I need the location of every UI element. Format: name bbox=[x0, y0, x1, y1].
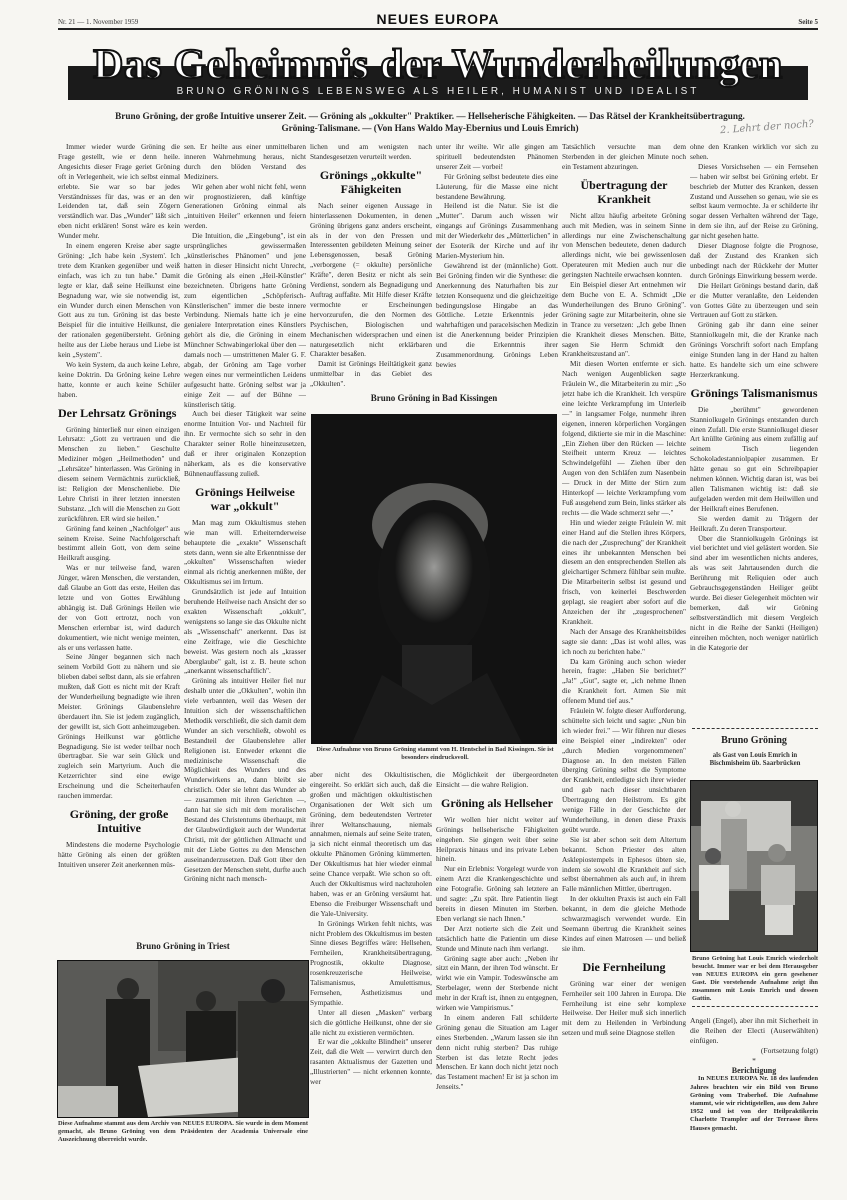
paragraph: Mit diesen Worten entfernte er sich. Nac… bbox=[562, 359, 686, 518]
portrait-caption: Diese Aufnahme von Bruno Gröning stammt … bbox=[313, 746, 557, 762]
paragraph: lichen und am wenigsten nach Standesgese… bbox=[310, 142, 432, 162]
paragraph: Wir wollen hier nicht weiter auf Gröning… bbox=[436, 815, 558, 865]
section-heading: Übertragung der Krankheit bbox=[562, 178, 686, 206]
column-5: Tatsächlich versuchte man dem Sterbenden… bbox=[562, 142, 686, 1142]
paragraph: Die „berühmt" gewordenen Stanniolkugeln … bbox=[690, 405, 818, 514]
trieste-image bbox=[58, 961, 308, 1117]
paragraph: Sie werden damit zu Trägern der Heilkraf… bbox=[690, 514, 818, 534]
paragraph: Er war die „okkulte Blindheit" unserer Z… bbox=[310, 1037, 432, 1087]
column-6-bottom: Angeli (Engel), aber ihn mit Sicherheit … bbox=[690, 1016, 818, 1156]
group-photo-emrich bbox=[690, 780, 818, 952]
paragraph: Seine Jünger begannen sich nach seinem V… bbox=[58, 652, 180, 801]
column-4-top: unter ihr weilte. Wir alle gingen am spi… bbox=[436, 142, 558, 387]
paragraph: Gröning war einer der wenigen Fernheiler… bbox=[562, 979, 686, 1038]
paragraph: Nach seiner eigenen Aussage in hinterlas… bbox=[310, 201, 432, 360]
paragraph: Man mag zum Okkultismus stehen wie man w… bbox=[184, 518, 306, 587]
section-heading: Der Lehrsatz Grönings bbox=[58, 406, 180, 420]
paragraph: Gröning als intuitiver Heiler fiel nur d… bbox=[184, 676, 306, 884]
paragraph: ohne den Kranken wirklich vor sich zu se… bbox=[690, 142, 818, 162]
paragraph: Gröning sagte aber auch: „Neben ihr sitz… bbox=[436, 954, 558, 1013]
section-heading: Gröning als Hellseher bbox=[436, 796, 558, 810]
paragraph: Immer wieder wurde Gröning die Frage ges… bbox=[58, 142, 180, 241]
divider bbox=[692, 1006, 818, 1007]
section-heading: Grönings Talismanismus bbox=[690, 386, 818, 400]
portrait-photo bbox=[311, 414, 557, 744]
section-heading: Grönings Heilweise war „okkult" bbox=[184, 485, 306, 513]
paragraph: Angeli (Engel), aber ihn mit Sicherheit … bbox=[690, 1016, 818, 1046]
divider bbox=[692, 728, 818, 729]
section-heading: Die Fernheilung bbox=[562, 960, 686, 974]
paragraph: Gröning hinterließ nur einen einzigen Le… bbox=[58, 425, 180, 524]
photo-subheading-emrich: als Gast von Louis Emrich in Bischmishei… bbox=[692, 752, 818, 768]
headline-subtitle: BRUNO GRÖNINGS LEBENSWEG ALS HEILER, HUM… bbox=[58, 86, 818, 97]
paragraph: Damit ist Grönings Heiltätigkeit ganz un… bbox=[310, 359, 432, 387]
paragraph: Der Arzt notierte sich die Zeit und tats… bbox=[436, 924, 558, 954]
continued-note: (Fortsetzung folgt) bbox=[690, 1046, 818, 1056]
column-4-bottom: die Möglichkeit der übergeordneten Einsi… bbox=[436, 770, 558, 1190]
column-3-top: lichen und am wenigsten nach Standesgese… bbox=[310, 142, 432, 387]
paragraph: Da kam Gröning auch schon wieder herein,… bbox=[562, 657, 686, 707]
paragraph: Dieser Diagnose folgte die Prognose, daß… bbox=[690, 241, 818, 281]
paragraph: Auch bei dieser Tätigkeit war seine enor… bbox=[184, 409, 306, 478]
group-image bbox=[691, 781, 817, 951]
paragraph: Gewährend ist der (männliche) Gott. Bei … bbox=[436, 261, 558, 370]
photo-heading-trieste: Bruno Gröning in Triest bbox=[58, 941, 308, 951]
paragraph: Für Gröning selbst bedeutete dies eine L… bbox=[436, 172, 558, 202]
paragraph: Tatsächlich versuchte man dem Sterbenden… bbox=[562, 142, 686, 172]
correction-heading: Berichtigung bbox=[690, 1066, 818, 1076]
paragraph: Gröning fand keinen „Nachfolger" aus sei… bbox=[58, 524, 180, 564]
paragraph: Ein Beispiel dieser Art entnehmen wir de… bbox=[562, 280, 686, 359]
paragraph: Wir gehen aber wohl nicht fehl, wenn wir… bbox=[184, 182, 306, 232]
photo-caption-emrich: Bruno Gröning hat Louis Emrich wiederhol… bbox=[692, 955, 818, 1003]
paragraph: Sie ist aber schon seit dem Altertum bek… bbox=[562, 835, 686, 894]
section-heading: Grönings „okkulte" Fähigkeiten bbox=[310, 168, 432, 196]
paragraph: aber nicht des Okkultistischen, eingerei… bbox=[310, 770, 432, 919]
headline-banner: Das Geheimnis der Wunderheilungen BRUNO … bbox=[58, 42, 818, 100]
paragraph: Über die Stanniolkugeln Grönings ist vie… bbox=[690, 534, 818, 653]
paragraph: Die Intuition, die „Eingebung", ist ein … bbox=[184, 231, 306, 409]
paragraph: Wo kein System, da auch keine Lehre, kei… bbox=[58, 360, 180, 400]
paragraph: Nicht allzu häufig arbeitete Gröning auc… bbox=[562, 211, 686, 280]
headline-title: Das Geheimnis der Wunderheilungen bbox=[58, 42, 818, 88]
trieste-photo bbox=[57, 960, 309, 1118]
paragraph: Unter all diesen „Masken" verbarg sich d… bbox=[310, 1008, 432, 1038]
paragraph: unter ihr weilte. Wir alle gingen am spi… bbox=[436, 142, 558, 172]
deck-line-2: Gröning-Talismane. — (Von Hans Waldo May… bbox=[70, 122, 790, 134]
paper-name: NEUES EUROPA bbox=[58, 11, 818, 27]
column-3-bottom: aber nicht des Okkultistischen, eingerei… bbox=[310, 770, 432, 1190]
paragraph: In der okkulten Praxis ist auch ein Fall… bbox=[562, 894, 686, 953]
paragraph: Gröning gab ihr dann eine seiner Stannio… bbox=[690, 320, 818, 379]
paragraph: Dieses Vorsichsehen — ein Fernsehen — ha… bbox=[690, 162, 818, 241]
column-2: sen. Er heilte aus einer unmittelbaren i… bbox=[184, 142, 306, 894]
separator-asterisk: * bbox=[690, 1056, 818, 1066]
photo-heading-bad-kissingen: Bruno Gröning in Bad Kissingen bbox=[310, 393, 558, 403]
paragraph: Nach der Ansage des Krankheitsbildes sag… bbox=[562, 627, 686, 657]
trieste-caption: Diese Aufnahme stammt aus dem Archiv von… bbox=[58, 1120, 308, 1144]
paragraph: Heilend ist die Natur. Sie ist die „Mutt… bbox=[436, 201, 558, 260]
portrait-image bbox=[312, 415, 556, 743]
paragraph: In einem anderen Fall schilderte Gröning… bbox=[436, 1013, 558, 1092]
paragraph: Fräulein W. folgte dieser Aufforderung, … bbox=[562, 706, 686, 835]
masthead-rule bbox=[58, 28, 818, 30]
paragraph: Mindestens die moderne Psychologie hätte… bbox=[58, 840, 180, 870]
paragraph: In einem engeren Kreise aber sagte Gröni… bbox=[58, 241, 180, 360]
paragraph: Grundsätzlich ist jede auf Intuition ber… bbox=[184, 587, 306, 676]
paragraph: Nur ein Erlebnis: Vorgelegt wurde von ei… bbox=[436, 864, 558, 923]
newspaper-page: Nr. 21 — 1. November 1959 NEUES EUROPA S… bbox=[0, 0, 847, 1200]
article-deck: Bruno Gröning, der große Intuitive unser… bbox=[70, 110, 790, 134]
paragraph: sen. Er heilte aus einer unmittelbaren i… bbox=[184, 142, 306, 182]
deck-line-1: Bruno Gröning, der große Intuitive unser… bbox=[70, 110, 790, 122]
paragraph: Hin und wieder zeigte Fräulein W. mit ei… bbox=[562, 518, 686, 627]
page-number: Seite 5 bbox=[798, 18, 818, 26]
section-heading: Gröning, der große Intuitive bbox=[58, 807, 180, 835]
paragraph: Was er nur teilweise fand, waren Jünger,… bbox=[58, 563, 180, 652]
photo-heading-emrich: Bruno Gröning bbox=[690, 735, 818, 746]
paragraph: Die Heilart Grönings bestand darin, daß … bbox=[690, 281, 818, 321]
column-6: ohne den Kranken wirklich vor sich zu se… bbox=[690, 142, 818, 742]
column-1: Immer wieder wurde Gröning die Frage ges… bbox=[58, 142, 180, 894]
paragraph: die Möglichkeit der übergeordneten Einsi… bbox=[436, 770, 558, 790]
paragraph: In Grönings Wirken fehlt nichts, was nic… bbox=[310, 919, 432, 1008]
correction-text: In NEUES EUROPA Nr. 18 des laufenden Jah… bbox=[690, 1075, 818, 1132]
